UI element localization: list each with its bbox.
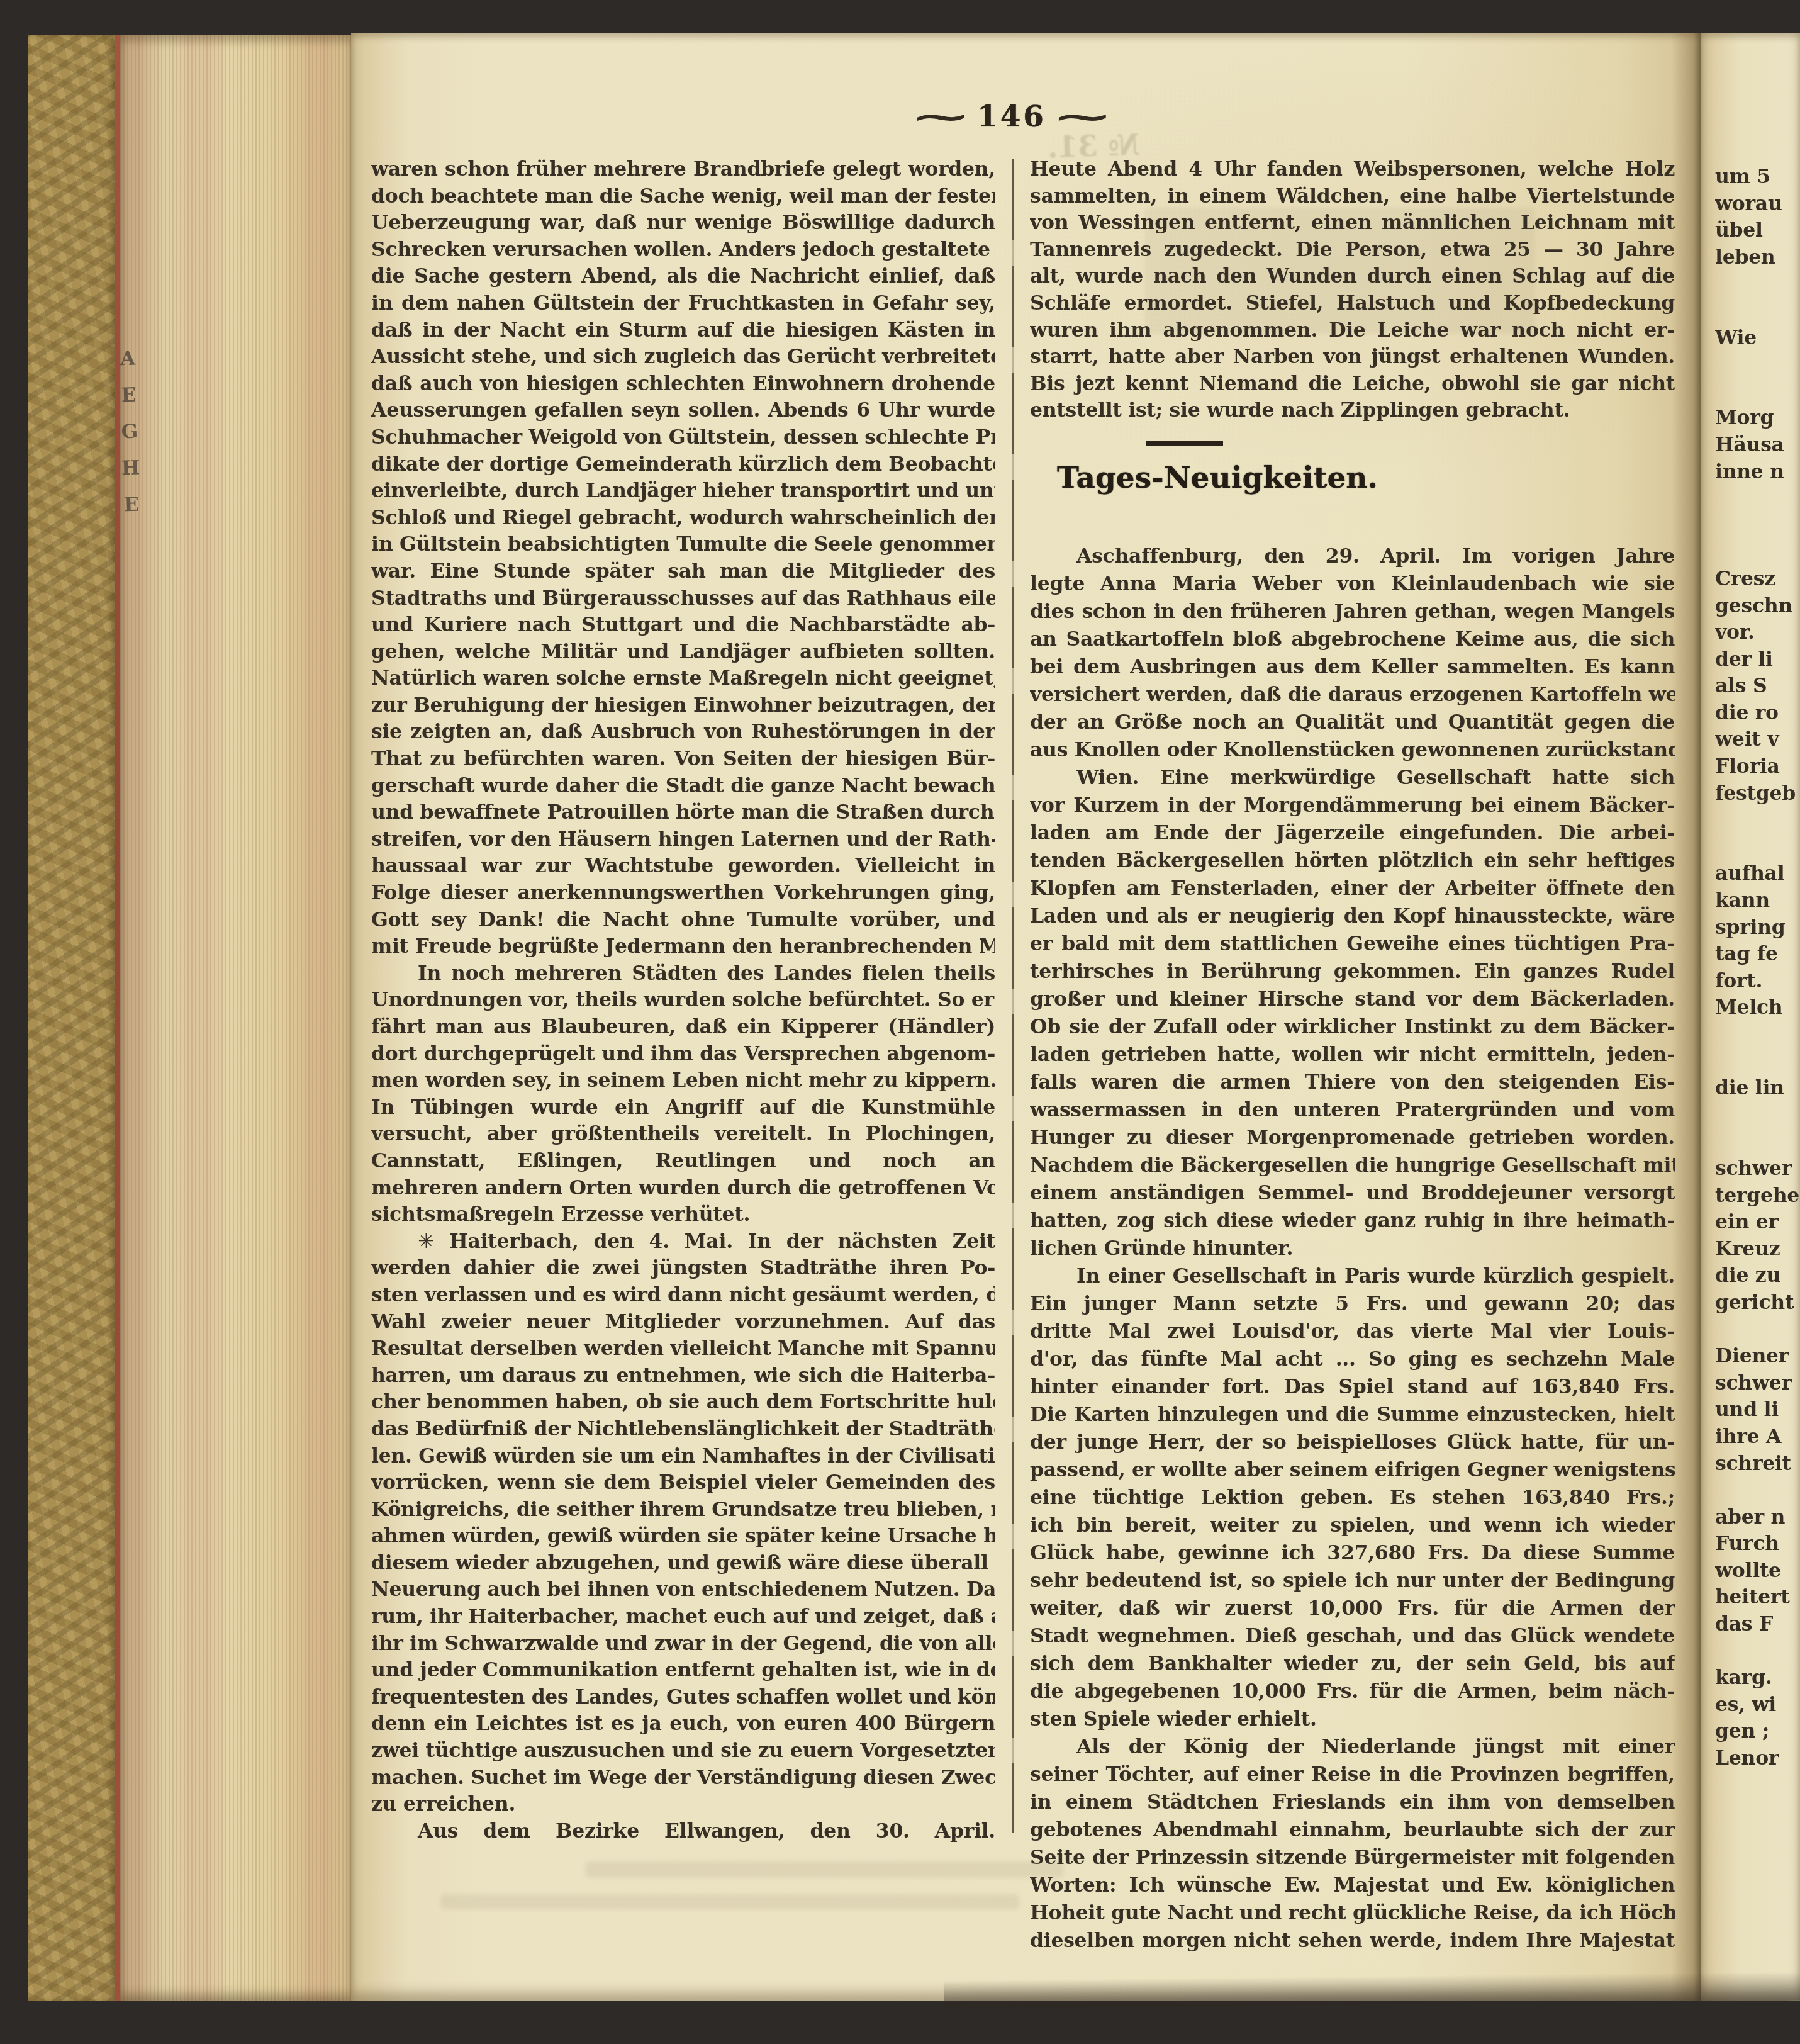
page-header: ~ 146 ~: [351, 99, 1672, 134]
text-line: In einer Gesellschaft in Paris wurde kür…: [1030, 1262, 1675, 1290]
text-line: wuren ihm abgenommen. Die Leiche war noc…: [1030, 317, 1675, 344]
text-line: [1715, 1021, 1800, 1048]
text-line: war. Eine Stunde später sah man die Mitg…: [371, 558, 995, 585]
fore-edge-mark: G: [121, 420, 138, 444]
fore-edge-mark: E: [121, 384, 137, 407]
text-line: sich dem Bankhalter wieder zu, der sein …: [1030, 1650, 1675, 1678]
text-line: schwer: [1715, 1155, 1800, 1182]
text-line: inne n: [1715, 459, 1800, 486]
text-line: [1715, 351, 1800, 378]
text-line: zu erreichen.: [371, 1791, 995, 1818]
text-line: worau: [1715, 191, 1800, 218]
text-line: die Sache gestern Abend, als die Nachric…: [371, 263, 995, 290]
bleedthrough-smudge: [585, 1861, 1063, 1878]
text-line: In noch mehreren Städten des Landes fiel…: [371, 960, 995, 987]
text-line: ein er: [1715, 1209, 1800, 1236]
text-line: geschn: [1715, 593, 1800, 620]
text-line: denn ein Leichtes ist es ja euch, von eu…: [371, 1710, 995, 1738]
text-line: haussaal war zur Wachtstube geworden. Vi…: [371, 853, 995, 880]
text-line: diesem wieder abzugehen, und gewiß wäre …: [371, 1550, 995, 1577]
text-line: streifen, vor den Häusern hingen Laterne…: [371, 826, 995, 853]
text-line: daß auch von hiesigen schlechten Einwohn…: [371, 371, 995, 398]
text-line: Seite der Prinzessin sitzende Bürgermeis…: [1030, 1844, 1675, 1872]
text-line: es, wi: [1715, 1692, 1800, 1719]
text-line: Worten: Ich wünsche Ew. Majestat und Ew.…: [1030, 1872, 1675, 1899]
text-line: Folge dieser anerkennungswerthen Vorkehr…: [371, 880, 995, 907]
text-line: Schuhmacher Weigold von Gültstein, desse…: [371, 424, 995, 451]
text-line: Stadt wegnehmen. Dieß geschah, und das G…: [1030, 1622, 1675, 1650]
text-line: len. Gewiß würden sie um ein Namhaftes i…: [371, 1443, 995, 1470]
page-stack-fore-edge: [120, 35, 352, 2001]
text-line: [1715, 1772, 1800, 1799]
text-line: und Kuriere nach Stuttgart und die Nachb…: [371, 612, 995, 639]
text-line: sammelten, in einem Wäldchen, eine halbe…: [1030, 183, 1675, 210]
text-line: schreit: [1715, 1451, 1800, 1478]
text-line: [1715, 1102, 1800, 1129]
text-line: daß in der Nacht ein Sturm auf die hiesi…: [371, 317, 995, 344]
text-line: machen. Suchet im Wege der Verständigung…: [371, 1765, 995, 1792]
text-line: Ueberzeugung war, daß nur wenige Böswill…: [371, 210, 995, 237]
text-line: Aus dem Bezirke Ellwangen, den 30. April…: [371, 1818, 995, 1845]
text-line: weiter, daß wir zuerst 10,000 Frs. für d…: [1030, 1595, 1675, 1622]
text-line: Heute Abend 4 Uhr fanden Weibspersonen, …: [1030, 156, 1675, 183]
text-line: karg.: [1715, 1665, 1800, 1692]
text-line: in Gültstein beabsichtigten Tumulte die …: [371, 531, 995, 558]
text-line: [1715, 485, 1800, 512]
text-line: entstellt ist; sie wurde nach Zipplingen…: [1030, 397, 1675, 424]
text-line: Klopfen am Fensterladen, einer der Arbei…: [1030, 875, 1675, 902]
text-line: [1715, 378, 1800, 405]
text-line: dort durchgeprügelt und ihm das Versprec…: [371, 1041, 995, 1068]
text-line: Aschaffenburg, den 29. April. Im vorigen…: [1030, 542, 1675, 570]
text-line: festgeb: [1715, 780, 1800, 807]
text-line: er bald mit dem stattlichen Geweihe eine…: [1030, 930, 1675, 958]
text-line: Schrecken verursachen wollen. Anders jed…: [371, 237, 995, 264]
text-line: alt, wurde nach den Wunden durch einen S…: [1030, 263, 1675, 290]
text-line: ihre A: [1715, 1423, 1800, 1451]
text-line: spring: [1715, 914, 1800, 941]
text-line: Glück habe, gewinne ich 327,680 Frs. Da …: [1030, 1539, 1675, 1567]
text-line: werden dahier die zwei jüngsten Stadträt…: [371, 1255, 995, 1282]
text-line: starrt, hatte aber Narben von jüngst erh…: [1030, 344, 1675, 371]
text-line: der an Größe noch an Qualität und Quanti…: [1030, 709, 1675, 736]
text-line: einverleibte, durch Landjäger hieher tra…: [371, 478, 995, 505]
text-line: [1715, 1799, 1800, 1826]
text-line: That zu befürchten waren. Von Seiten der…: [371, 746, 995, 773]
text-line: um 5: [1715, 164, 1800, 191]
column-middle-body: Aschaffenburg, den 29. April. Im vorigen…: [1030, 542, 1675, 1955]
text-line: Lenor: [1715, 1745, 1800, 1772]
text-line: die zu: [1715, 1262, 1800, 1289]
text-line: legte Anna Maria Weber von Kleinlaudenba…: [1030, 570, 1675, 598]
column-divider-rule: [1012, 159, 1014, 1833]
text-line: laden am Ende der Jägerzeile eingefunden…: [1030, 819, 1675, 847]
text-line: frequentesten des Landes, Gutes schaffen…: [371, 1684, 995, 1711]
text-line: [1715, 1477, 1800, 1504]
fore-edge-handwritten-marks: AEGHE: [115, 347, 144, 517]
text-line: fort.: [1715, 968, 1800, 995]
text-line: Bis jezt kennt Niemand die Leiche, obwoh…: [1030, 371, 1675, 398]
text-line: die ro: [1715, 700, 1800, 727]
text-line: wollte: [1715, 1558, 1800, 1585]
text-line: Die Karten hinzulegen und die Summe einz…: [1030, 1401, 1675, 1429]
text-line: Wahl zweier neuer Mitglieder vorzunehmen…: [371, 1309, 995, 1336]
text-line: [1715, 1638, 1800, 1665]
text-line: hinter einander fort. Das Spiel stand au…: [1030, 1373, 1675, 1401]
text-line: und li: [1715, 1396, 1800, 1423]
bleedthrough-smudge: [440, 1894, 1019, 1909]
text-line: harren, um daraus zu entnehmen, wie sich…: [371, 1362, 995, 1390]
text-line: Diener: [1715, 1343, 1800, 1370]
text-line: einem anständigen Semmel- und Broddejeun…: [1030, 1179, 1675, 1207]
book-cover-edge: [28, 35, 115, 2001]
text-line: [1715, 298, 1800, 325]
text-line: Natürlich waren solche ernste Maßregeln …: [371, 665, 995, 692]
text-line: Resultat derselben werden vielleicht Man…: [371, 1335, 995, 1362]
text-line: als S: [1715, 673, 1800, 700]
text-line: sten Spiele wieder erhielt.: [1030, 1705, 1675, 1733]
text-line: Stadtraths und Bürgerausschusses auf das…: [371, 585, 995, 612]
text-line: tenden Bäckergesellen hörten plötzlich e…: [1030, 847, 1675, 875]
text-line: wassermassen in den unteren Pratergründe…: [1030, 1096, 1675, 1124]
text-line: sichtsmaßregeln Erzesse verhütet.: [371, 1201, 995, 1228]
text-line: Schläfe ermordet. Stiefel, Halstuch und …: [1030, 290, 1675, 317]
text-line: bei dem Ausbringen aus dem Keller sammel…: [1030, 653, 1675, 681]
text-line: seiner Töchter, auf einer Reise in die P…: [1030, 1761, 1675, 1788]
text-line: terhirsches in Berührung gekommen. Ein g…: [1030, 958, 1675, 985]
text-line: dies schon in den früheren Jahren gethan…: [1030, 598, 1675, 626]
text-line: leben: [1715, 244, 1800, 271]
text-line: und bewaffnete Patrouillen hörte man die…: [371, 799, 995, 826]
text-line: aber n: [1715, 1504, 1800, 1531]
text-line: mit Freude begrüßte Jedermann den heranb…: [371, 933, 995, 960]
text-line: lichen Gründe hinunter.: [1030, 1235, 1675, 1262]
text-line: Neuerung auch bei ihnen von entschiedene…: [371, 1576, 995, 1603]
text-line: Wien. Eine merkwürdige Gesellschaft hatt…: [1030, 764, 1675, 792]
text-line: hatten, zog sich diese wieder ganz ruhig…: [1030, 1207, 1675, 1235]
text-line: an Saatkartoffeln bloß abgebrochene Keim…: [1030, 626, 1675, 653]
text-line: dritte Mal zwei Louisd'or, das vierte Ma…: [1030, 1318, 1675, 1345]
text-line: heitert: [1715, 1584, 1800, 1611]
text-line: ihr im Schwarzwalde und zwar in der Gege…: [371, 1631, 995, 1658]
text-line: passend, er wollte aber seinem eifrigen …: [1030, 1456, 1675, 1484]
text-line: d'or, das fünfte Mal acht ... So ging es…: [1030, 1345, 1675, 1373]
column-left: waren schon früher mehrere Brandbriefe g…: [371, 156, 995, 1845]
text-line: weit v: [1715, 726, 1800, 753]
header-flourish-left: ~: [910, 97, 973, 136]
text-line: Schloß und Riegel gebracht, wodurch wahr…: [371, 505, 995, 532]
text-line: vor Kurzem in der Morgendämmerung bei ei…: [1030, 792, 1675, 819]
text-line: falls waren die armen Thiere von den ste…: [1030, 1069, 1675, 1096]
cover-red-edge: [115, 35, 120, 2001]
text-line: vor.: [1715, 619, 1800, 646]
text-line: Laden und als er neugierig den Kopf hina…: [1030, 902, 1675, 930]
text-line: großer und kleiner Hirsche stand vor dem…: [1030, 985, 1675, 1013]
text-line: dieselben morgen nicht sehen werde, inde…: [1030, 1927, 1675, 1955]
text-line: fährt man aus Blaubeuren, daß ein Kipper…: [371, 1014, 995, 1041]
text-line: dikate der dortige Gemeinderath kürzlich…: [371, 451, 995, 478]
text-line: versucht, aber größtentheils vereitelt. …: [371, 1121, 995, 1148]
column-middle-top: Heute Abend 4 Uhr fanden Weibspersonen, …: [1030, 156, 1675, 424]
page-number: 146: [977, 99, 1046, 134]
text-line: gen ;: [1715, 1718, 1800, 1745]
text-line: aus Knollen oder Knollenstücken gewonnen…: [1030, 736, 1675, 764]
text-line: gericht: [1715, 1289, 1800, 1317]
text-line: ✳ Haiterbach, den 4. Mai. In der nächste…: [371, 1228, 995, 1255]
text-line: men worden sey, in seinem Leben nicht me…: [371, 1067, 995, 1094]
text-line: [1715, 512, 1800, 539]
text-line: das Bedürfniß der Nichtlebenslänglichkei…: [371, 1416, 995, 1443]
text-line: Cannstatt, Eßlingen, Reutlingen und noch…: [371, 1148, 995, 1175]
text-line: Königreichs, die seither ihrem Grundsatz…: [371, 1496, 995, 1524]
section-heading-rule: [1146, 441, 1223, 446]
text-line: [1715, 271, 1800, 298]
text-line: Furch: [1715, 1530, 1800, 1558]
text-line: gerschaft wurde daher die Stadt die ganz…: [371, 773, 995, 800]
text-line: kann: [1715, 887, 1800, 914]
book-scan-photo: AEGHE ~ 146 ~ № 31. waren schon früher m…: [0, 0, 1800, 2044]
text-line: rum, ihr Haiterbacher, machet euch auf u…: [371, 1603, 995, 1631]
text-line: das F: [1715, 1611, 1800, 1638]
text-line: ahmen würden, gewiß würden sie später ke…: [371, 1523, 995, 1550]
text-line: Häusa: [1715, 432, 1800, 459]
text-line: versichert werden, daß die daraus erzoge…: [1030, 681, 1675, 709]
section-heading: Tages-Neuigkeiten.: [1057, 461, 1686, 495]
text-line: in einem Städtchen Frieslands ein ihm vo…: [1030, 1788, 1675, 1816]
text-line: Aeusserungen gefallen seyn sollen. Abend…: [371, 397, 995, 424]
text-line: der li: [1715, 646, 1800, 673]
text-line: waren schon früher mehrere Brandbriefe g…: [371, 156, 995, 183]
column-next-page-fragments: um 5worauübellebenWieMorgHäusainne nCres…: [1715, 164, 1800, 1852]
text-line: In Tübingen wurde ein Angriff auf die Ku…: [371, 1094, 995, 1121]
text-line: gehen, welche Militär und Landjäger aufb…: [371, 639, 995, 666]
text-line: schwer: [1715, 1370, 1800, 1397]
text-line: aufhal: [1715, 860, 1800, 887]
text-line: Tannenreis zugedeckt. Die Person, etwa 2…: [1030, 237, 1675, 264]
text-line: [1715, 1317, 1800, 1344]
text-line: Aussicht stehe, und sich zugleich das Ge…: [371, 344, 995, 371]
text-line: [1715, 807, 1800, 834]
text-line: cher benommen haben, ob sie auch dem For…: [371, 1389, 995, 1416]
text-line: Hunger zu dieser Morgenpromenade getrieb…: [1030, 1124, 1675, 1152]
text-line: die lin: [1715, 1075, 1800, 1102]
text-line: Floria: [1715, 753, 1800, 780]
text-line: Morg: [1715, 405, 1800, 432]
text-line: eine tüchtige Lektion geben. Es stehen 1…: [1030, 1484, 1675, 1512]
text-line: Nachdem die Bäckergesellen die hungrige …: [1030, 1152, 1675, 1179]
text-line: Melch: [1715, 994, 1800, 1021]
text-line: und jeder Communikation entfernt gehalte…: [371, 1657, 995, 1684]
text-line: Ein junger Mann setzte 5 Frs. und gewann…: [1030, 1290, 1675, 1318]
text-line: Wie: [1715, 325, 1800, 352]
text-line: zwei tüchtige auszusuchen und sie zu eue…: [371, 1738, 995, 1765]
text-line: sten verlassen und es wird dann nicht ge…: [371, 1282, 995, 1309]
text-line: Hoheit gute Nacht und recht glückliche R…: [1030, 1899, 1675, 1927]
text-line: Cresz: [1715, 566, 1800, 593]
text-line: Unordnungen vor, theils wurden solche be…: [371, 987, 995, 1014]
text-line: ich bin bereit, weiter zu spielen, und w…: [1030, 1512, 1675, 1539]
fore-edge-mark: E: [124, 493, 140, 517]
text-line: Kreuz: [1715, 1236, 1800, 1263]
text-line: übel: [1715, 217, 1800, 244]
text-line: mehreren andern Orten wurden durch die g…: [371, 1175, 995, 1202]
fore-edge-mark: H: [121, 457, 140, 480]
text-line: [1715, 834, 1800, 861]
text-line: sehr bedeutend ist, so spiele ich nur un…: [1030, 1567, 1675, 1595]
text-line: [1715, 1128, 1800, 1155]
text-line: Gott sey Dank! die Nacht ohne Tumulte vo…: [371, 907, 995, 934]
text-line: in dem nahen Gültstein der Fruchtkasten …: [371, 290, 995, 317]
text-line: [1715, 539, 1800, 566]
text-line: [1715, 1826, 1800, 1853]
text-line: Als der König der Niederlande jüngst mit…: [1030, 1733, 1675, 1761]
fore-edge-mark: A: [120, 347, 135, 371]
text-line: gebotenes Abendmahl einnahm, beurlaubte …: [1030, 1816, 1675, 1844]
text-line: zur Beruhigung der hiesigen Einwohner be…: [371, 692, 995, 719]
text-line: der junge Herr, der so beispielloses Glü…: [1030, 1429, 1675, 1456]
text-line: Ob sie der Zufall oder wirklicher Instin…: [1030, 1013, 1675, 1041]
text-line: tag fe: [1715, 941, 1800, 968]
text-line: tergehe: [1715, 1182, 1800, 1210]
text-line: vorrücken, wenn sie dem Beispiel vieler …: [371, 1469, 995, 1496]
text-line: sie zeigten an, daß Ausbruch von Ruhestö…: [371, 719, 995, 746]
text-line: doch beachtete man die Sache wenig, weil…: [371, 183, 995, 210]
text-line: von Wessingen entfernt, einen männlichen…: [1030, 210, 1675, 237]
text-line: [1715, 1048, 1800, 1075]
text-line: laden getrieben hatte, wollen wir nicht …: [1030, 1041, 1675, 1069]
text-line: die abgegebenen 10,000 Frs. für die Arme…: [1030, 1678, 1675, 1705]
